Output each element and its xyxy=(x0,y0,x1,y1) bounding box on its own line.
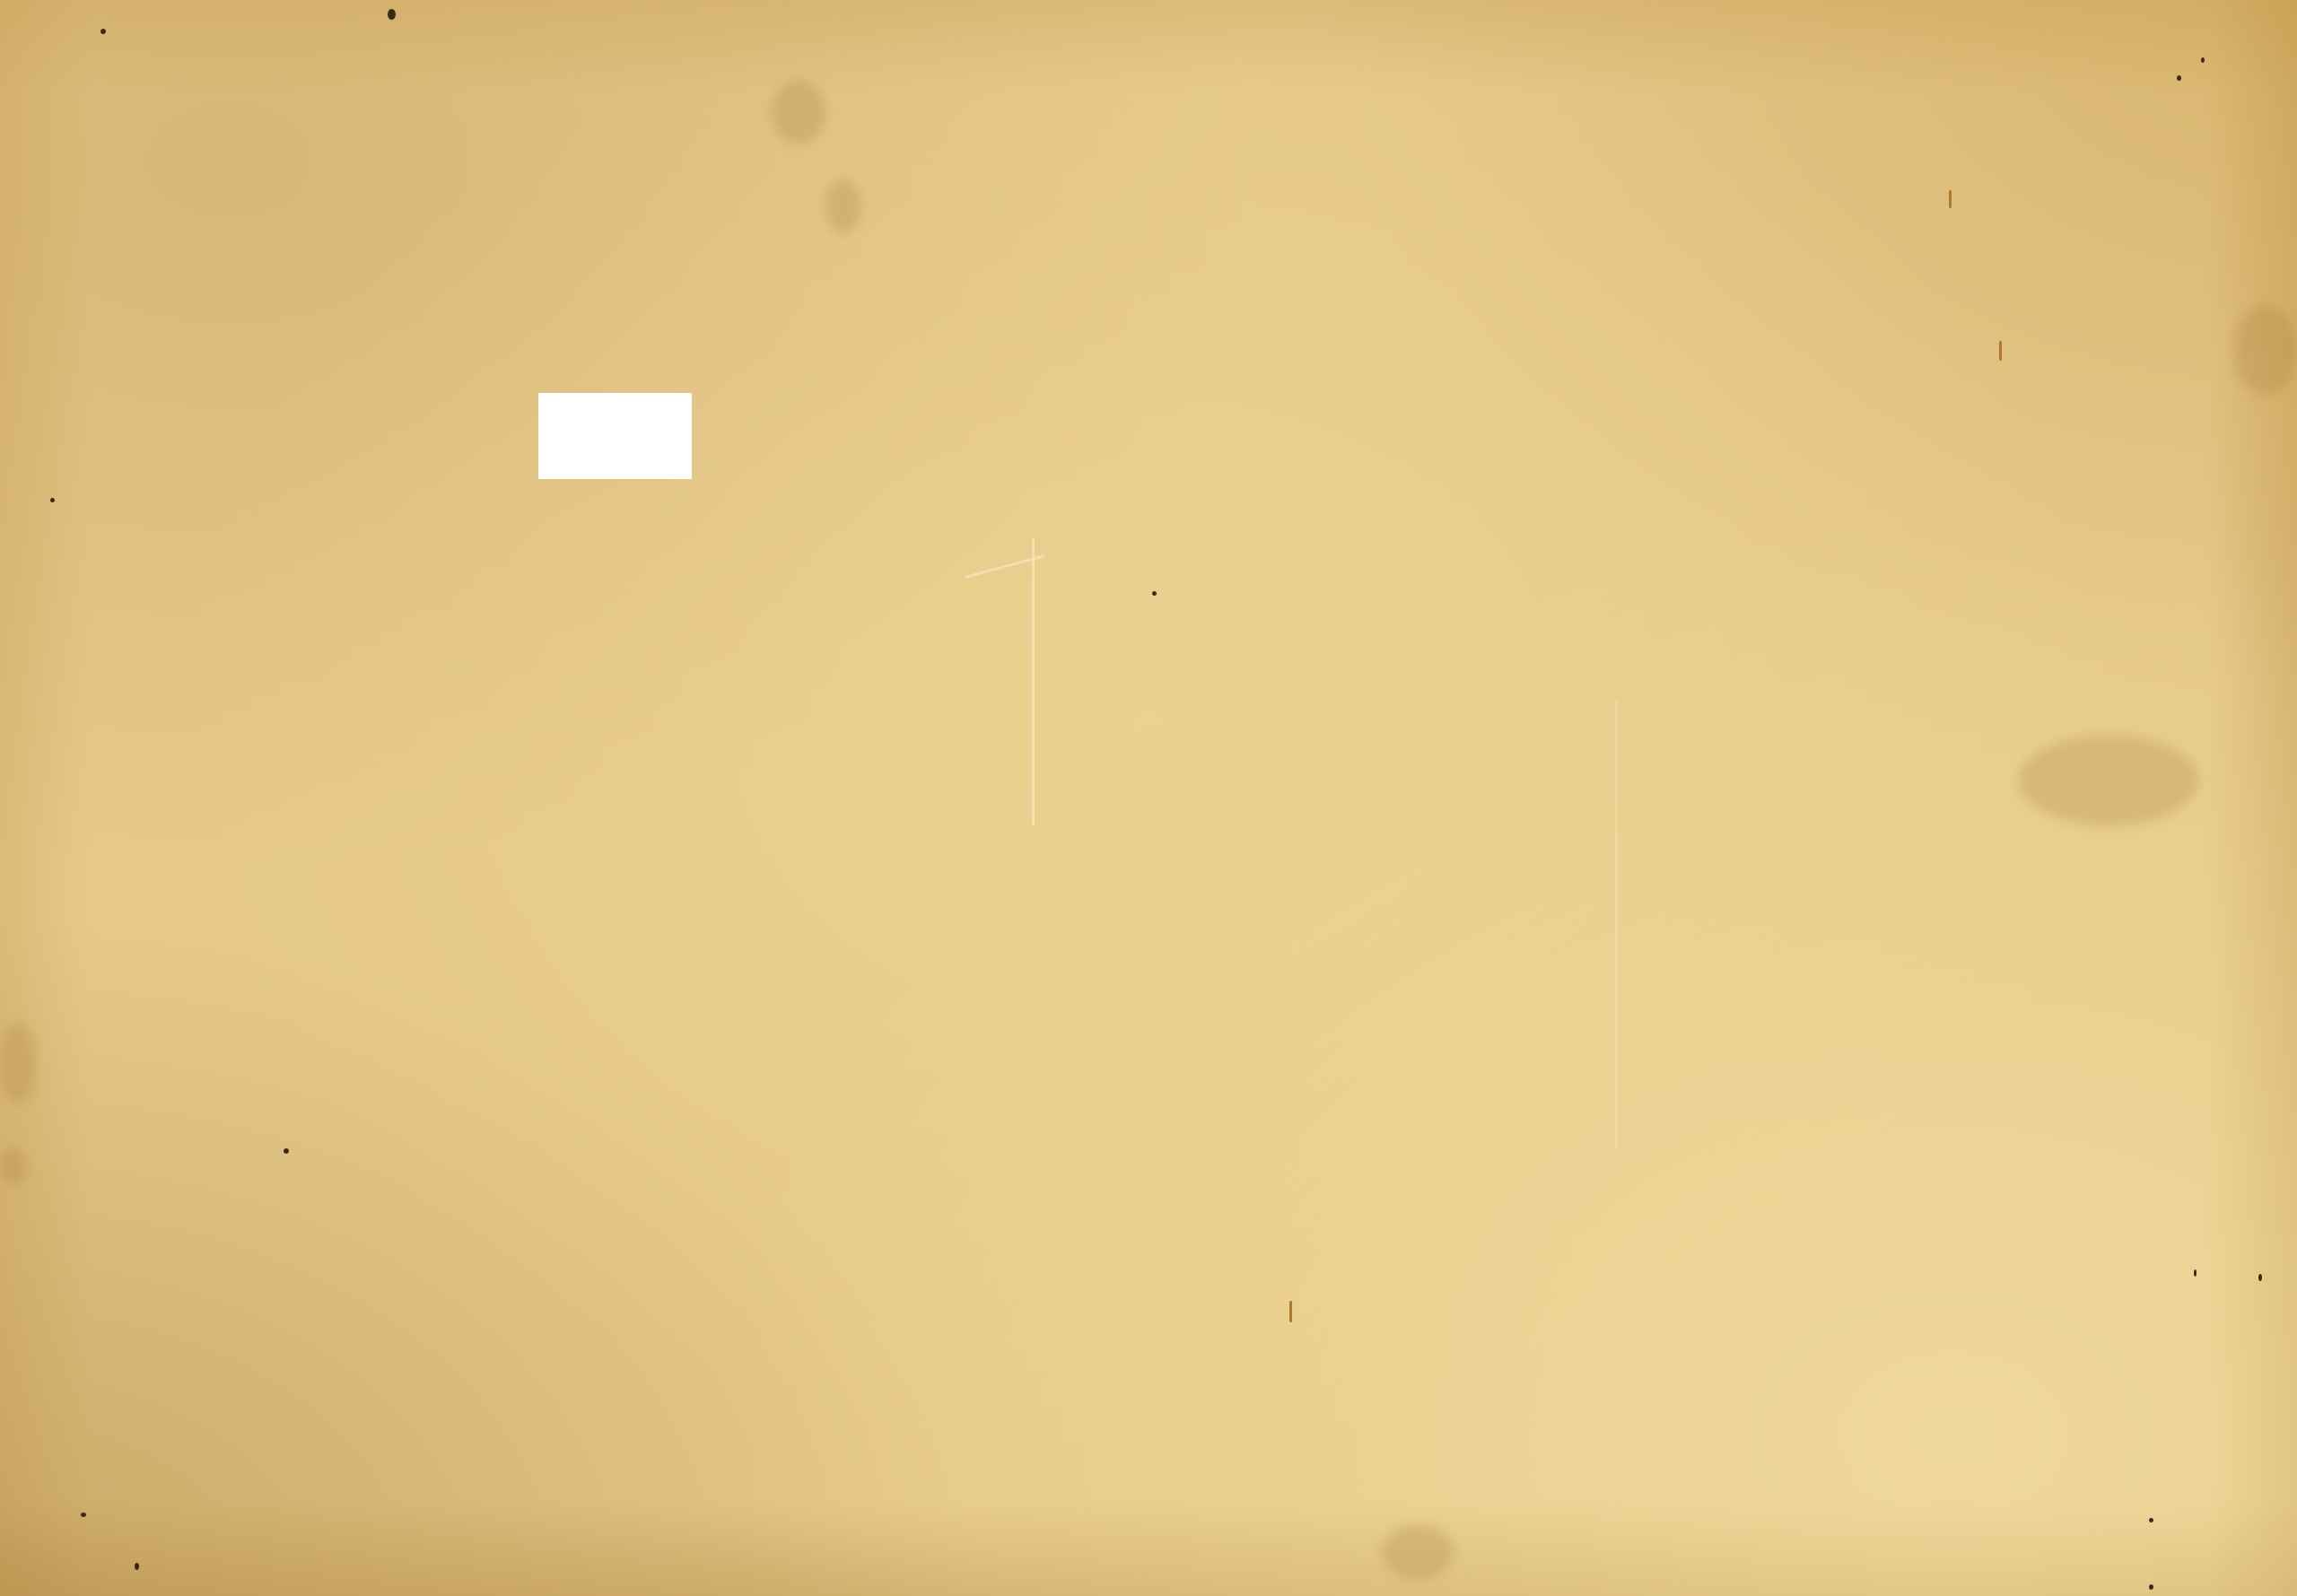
speck xyxy=(2177,75,2181,81)
stain xyxy=(772,81,825,144)
stain xyxy=(2019,736,2198,825)
speck xyxy=(1999,341,2002,361)
speck xyxy=(1289,1301,1292,1322)
crease xyxy=(1032,538,1035,825)
stain xyxy=(0,1148,27,1184)
speck xyxy=(2194,1269,2197,1277)
speck xyxy=(100,29,106,34)
speck xyxy=(1949,190,1952,208)
speck xyxy=(2258,1274,2262,1281)
speck xyxy=(284,1148,289,1154)
aged-paper-sheet xyxy=(0,0,2297,1596)
speck xyxy=(2201,57,2205,63)
speck xyxy=(388,9,396,20)
speck xyxy=(135,1563,139,1570)
speck xyxy=(2149,1584,2153,1590)
stain xyxy=(2234,305,2297,395)
stain xyxy=(825,179,861,233)
blank-label-box xyxy=(538,393,692,479)
stain xyxy=(1382,1525,1454,1579)
speck xyxy=(2149,1518,2153,1522)
stain xyxy=(0,1023,36,1103)
speck xyxy=(1152,591,1157,596)
speck xyxy=(50,498,55,502)
crease xyxy=(1615,700,1618,1148)
speck xyxy=(81,1513,86,1517)
